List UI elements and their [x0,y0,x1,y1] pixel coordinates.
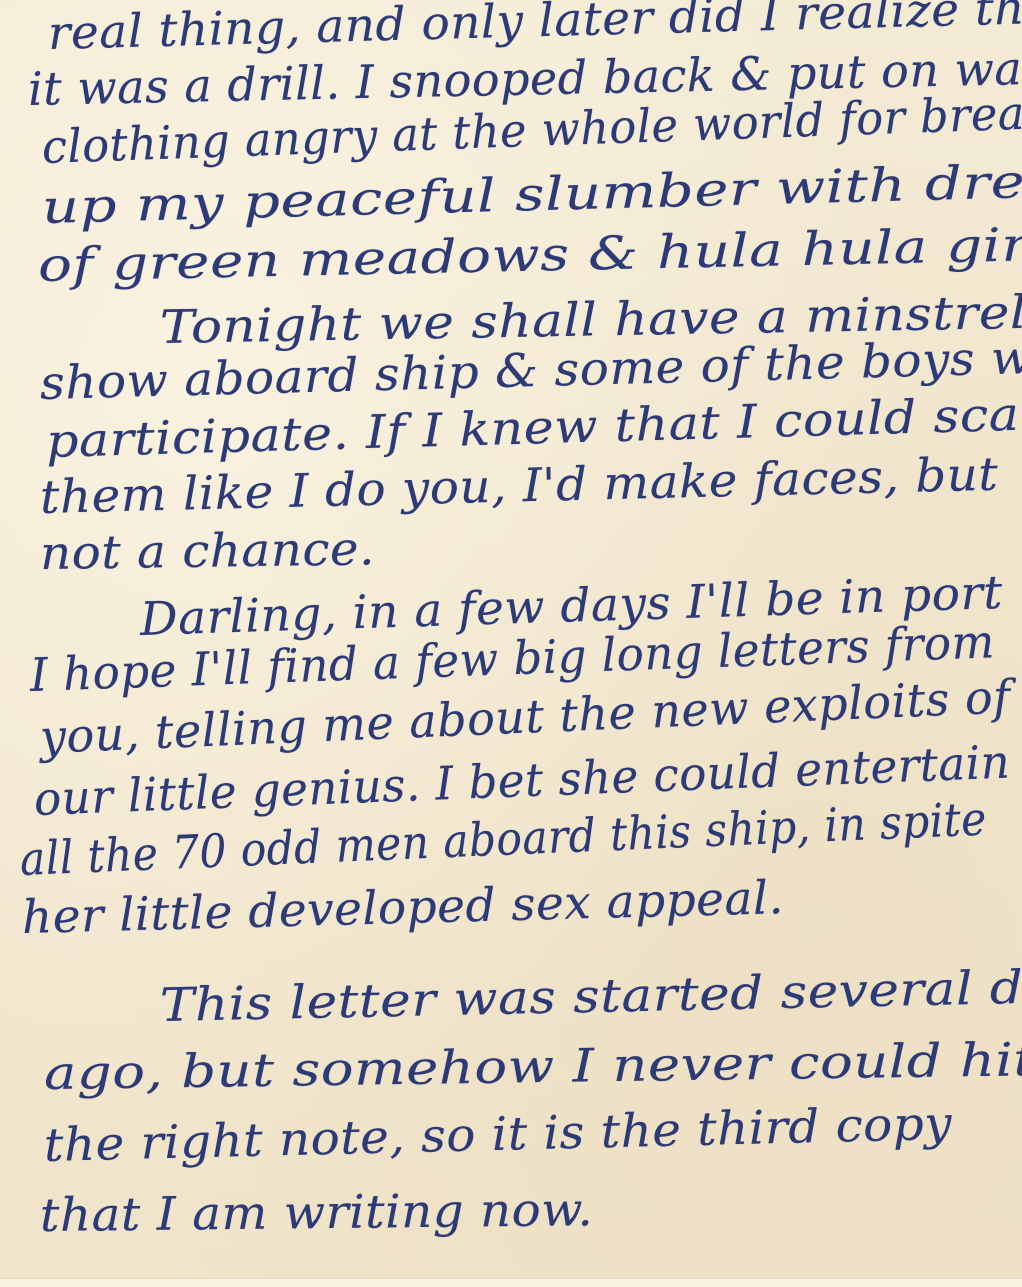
letter-line: This letter was started several day [159,959,1022,1032]
letter-line: not a chance. [40,521,376,580]
letter-line: that I am writing now. [40,1182,594,1242]
letter-line: ago, but somehow I never could hit [44,1032,1022,1100]
letter-page: real thing, and only later did I realize… [0,0,1022,1287]
letter-line: the right note, so it is the third copy [43,1096,952,1172]
